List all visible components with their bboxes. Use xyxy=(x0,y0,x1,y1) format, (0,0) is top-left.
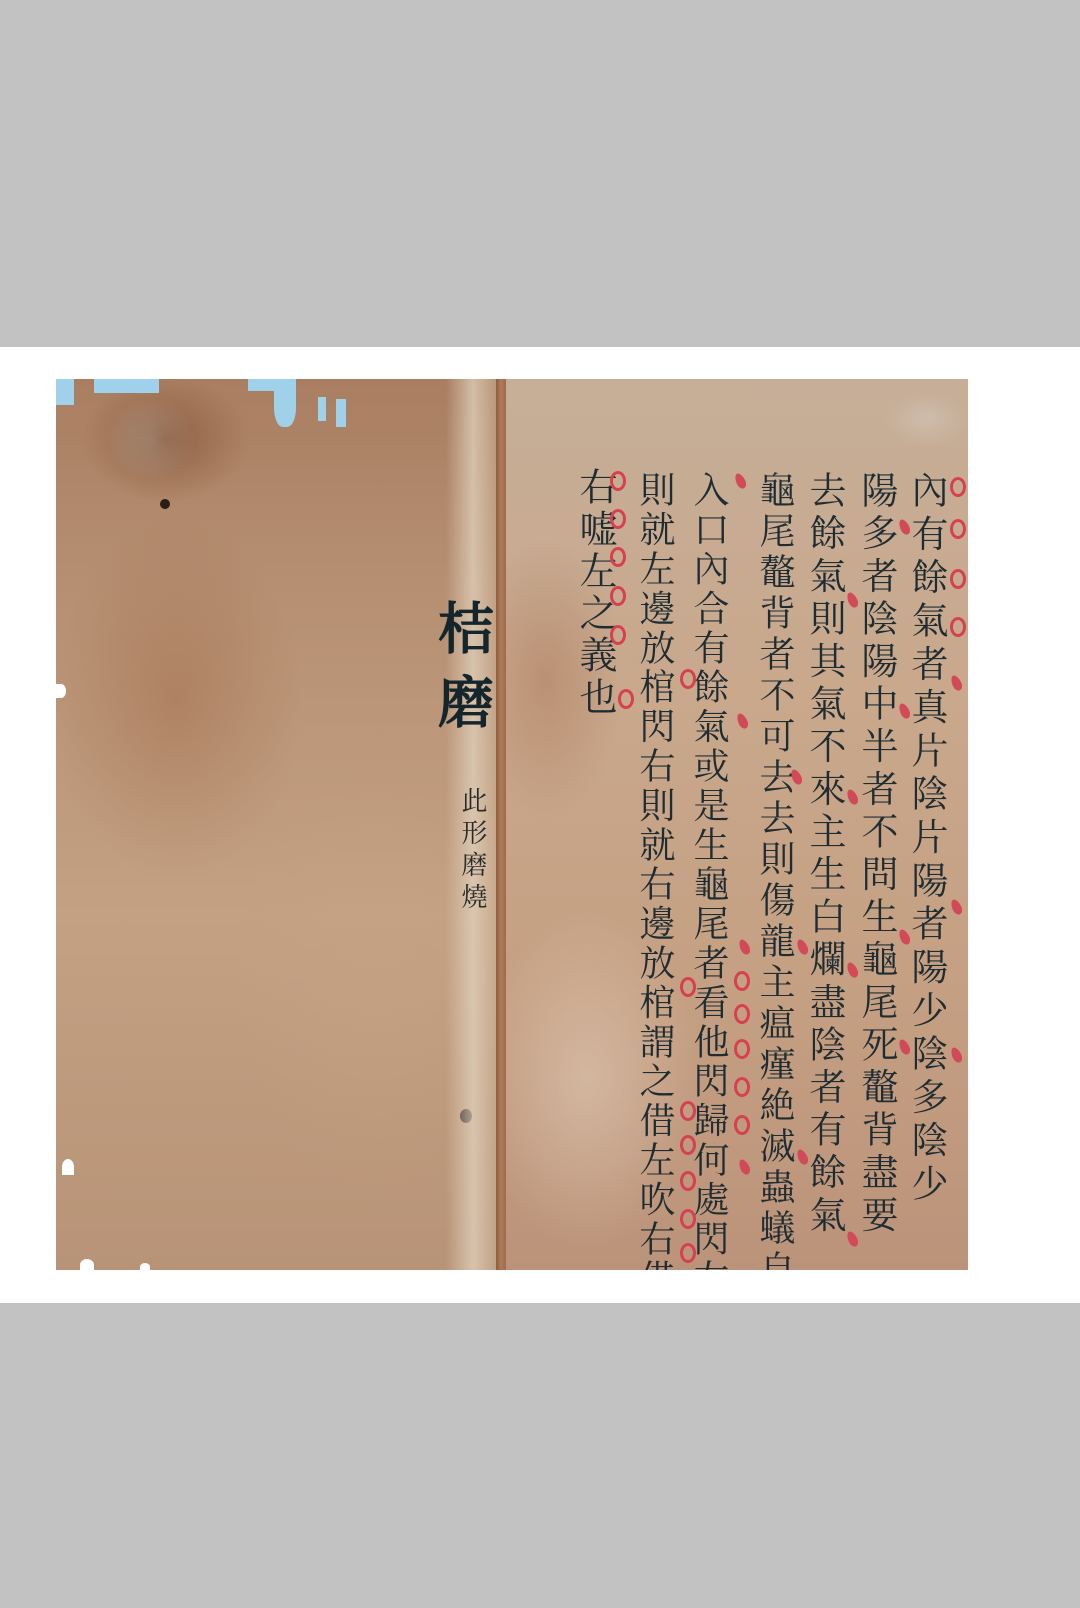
torn-edge xyxy=(56,379,74,405)
red-annotation-circle xyxy=(734,1115,750,1135)
text-column-3: 去餘氣則其氣不來主生白爛盡陰者有餘氣 xyxy=(806,471,843,1238)
red-annotation-circle xyxy=(610,625,626,645)
text-column-1: 內有餘氣者真片陰片陽者陽少陰多陰少 xyxy=(908,471,945,1207)
red-annotation-circle xyxy=(610,509,626,529)
red-annotation-circle xyxy=(610,586,626,606)
edge-notch xyxy=(56,684,66,698)
text-column-7: 右嘘左之義也 xyxy=(576,467,614,719)
red-annotation-circle xyxy=(950,569,966,589)
edge-notch xyxy=(62,1159,74,1175)
page-title: 桔磨 xyxy=(422,599,502,747)
book-gutter xyxy=(496,379,506,1270)
text-column-4: 龜尾鼇背者不可去去則傷龍主瘟瘽絶滅蟲蟻自 xyxy=(756,471,792,1270)
text-column-2: 陽多者陰陽中半者不問生龜尾死鼇背盡要 xyxy=(858,471,895,1238)
red-annotation-circle xyxy=(950,519,966,539)
red-annotation-dot xyxy=(733,472,748,490)
red-annotation-circle xyxy=(680,1171,696,1191)
manuscript-scan: 桔磨 此形磨燒 內有餘氣者真片陰片陽者陽少陰多陰少 陽多者陰陽中半者不問生龜尾死… xyxy=(56,379,968,1270)
red-annotation-circle xyxy=(610,471,626,491)
text-column-6: 則就左邊放棺閃右則就右邊放棺謂之借左吹右借 xyxy=(636,471,672,1270)
red-annotation-dot xyxy=(735,712,750,730)
red-annotation-circle xyxy=(950,477,966,497)
red-annotation-dot xyxy=(737,938,752,956)
red-annotation-circle xyxy=(734,971,750,991)
torn-edge xyxy=(274,379,296,427)
red-annotation-circle xyxy=(618,689,634,709)
red-annotation-dot xyxy=(737,1158,752,1176)
right-page: 內有餘氣者真片陰片陽者陽少陰多陰少 陽多者陰陽中半者不問生龜尾死鼇背盡要 去餘氣… xyxy=(506,379,968,1270)
red-annotation-circle xyxy=(680,669,696,689)
torn-edge xyxy=(318,397,326,421)
red-annotation-circle xyxy=(734,1004,750,1024)
left-page: 桔磨 此形磨燒 xyxy=(56,379,500,1270)
worm-hole xyxy=(160,499,170,509)
red-annotation-circle xyxy=(680,1135,696,1155)
red-annotation-dot xyxy=(949,674,964,692)
red-annotation-circle xyxy=(680,1101,696,1121)
red-annotation-circle xyxy=(610,547,626,567)
edge-notch xyxy=(140,1263,150,1270)
red-annotation-circle xyxy=(680,1243,696,1263)
red-annotation-circle xyxy=(734,1077,750,1097)
red-annotation-circle xyxy=(680,977,696,997)
red-annotation-circle xyxy=(950,617,966,637)
edge-notch xyxy=(80,1259,94,1270)
torn-edge xyxy=(336,399,346,427)
red-annotation-dot xyxy=(949,898,964,916)
red-annotation-circle xyxy=(734,1039,750,1059)
torn-edge xyxy=(94,379,159,393)
text-column-5: 入口內合有餘氣或是生龜尾者看他閃歸何處閃左 xyxy=(690,471,726,1270)
red-annotation-dot xyxy=(949,1046,964,1064)
page-subtitle: 此形磨燒 xyxy=(454,787,491,915)
red-annotation-circle xyxy=(680,1209,696,1229)
